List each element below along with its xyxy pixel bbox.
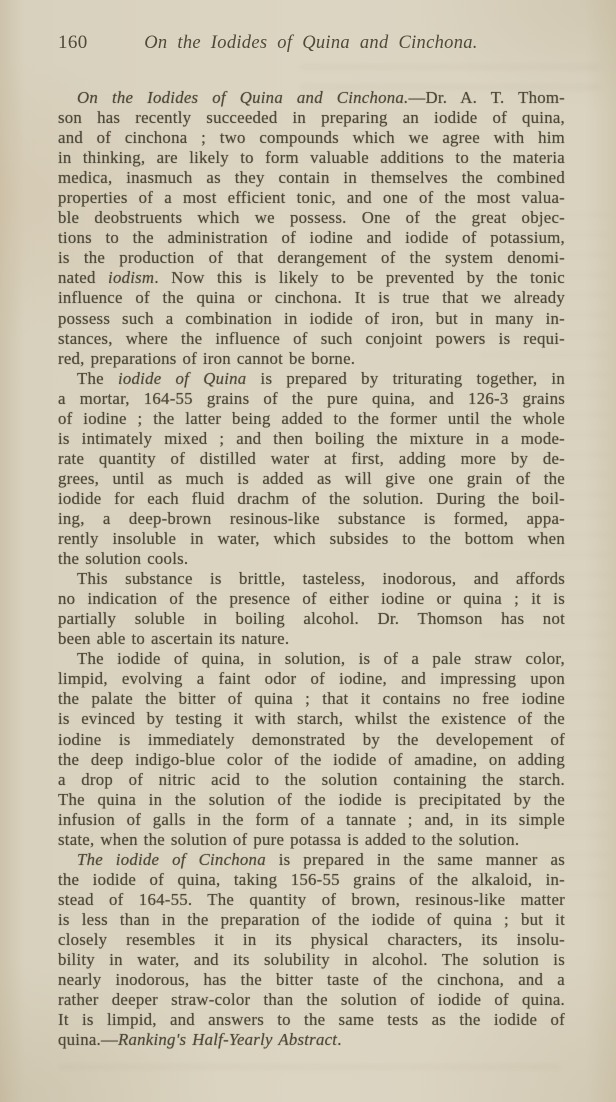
text-run: is prepared in the same manner as <box>266 850 565 869</box>
text-run: state, when the solution of pure potassa… <box>58 830 519 849</box>
italic-text-run: On the Iodides of Quina and Cinchona. <box>77 88 409 107</box>
text-run: of iodine ; the latter being added to th… <box>58 409 565 428</box>
printed-text-line: the deep indigo-blue color of the iodide… <box>58 750 565 770</box>
printed-text-line: is intimately mixed ; and then boiling t… <box>58 429 565 449</box>
text-run: rently insoluble in water, which subside… <box>58 529 565 548</box>
printed-text-line: limpid, evolving a faint odor of iodine,… <box>58 669 565 689</box>
page-header: 160 On the Iodides of Quina and Cinchona… <box>58 32 564 54</box>
printed-text-line: It is limpid, and answers to the same te… <box>58 1010 565 1030</box>
text-run: infusion of galls in the form of a tanna… <box>58 810 565 829</box>
text-run: nearly inodorous, has the bitter taste o… <box>58 970 565 989</box>
printed-text-line: The quina in the solution of the iodide … <box>58 790 565 810</box>
printed-text-line: bility in water, and its solubility in a… <box>58 950 565 970</box>
printed-text-line: the iodide of quina, taking 156-55 grain… <box>58 870 565 890</box>
printed-text-line: and of cinchona ; two compounds which we… <box>58 128 565 148</box>
text-run: partially soluble in boiling alcohol. Dr… <box>58 609 565 628</box>
printed-text-line: the palate the bitter of quina ; that it… <box>58 689 565 709</box>
printed-text-line: medica, inasmuch as they contain in them… <box>58 168 565 188</box>
printed-text-line: is the production of that derangement of… <box>58 248 565 268</box>
printed-text-line: rather deeper straw-color than the solut… <box>58 990 565 1010</box>
text-run: rather deeper straw-color than the solut… <box>58 990 565 1009</box>
printed-text-line: The iodide of quina, in solution, is of … <box>58 649 565 669</box>
printed-text-line: a mortar, 164-55 grains of the pure quin… <box>58 389 565 409</box>
printed-text-line: closely resembles it in its physical cha… <box>58 930 565 950</box>
printed-text-line: rently insoluble in water, which subside… <box>58 529 565 549</box>
text-run: no indication of the presence of either … <box>58 589 565 608</box>
text-run: in thinking, are likely to form valuable… <box>58 148 565 167</box>
italic-text-run: iodism <box>108 268 154 287</box>
text-run: grees, until as much is added as will gi… <box>58 469 565 488</box>
text-run: ing, a deep-brown resinous-like substanc… <box>58 509 565 528</box>
printed-text-line: properties of a most efficient tonic, an… <box>58 188 565 208</box>
text-run: tions to the administration of iodine an… <box>58 228 565 247</box>
text-run: limpid, evolving a faint odor of iodine,… <box>58 669 565 688</box>
printed-text-line: tions to the administration of iodine an… <box>58 228 565 248</box>
printed-text-line: nearly inodorous, has the bitter taste o… <box>58 970 565 990</box>
printed-text-line: son has recently succeeded in preparing … <box>58 108 565 128</box>
text-run: bility in water, and its solubility in a… <box>58 950 565 969</box>
text-run: the iodide of quina, taking 156-55 grain… <box>58 870 565 889</box>
printed-text-line: partially soluble in boiling alcohol. Dr… <box>58 609 565 629</box>
text-run: . <box>337 1030 341 1049</box>
text-run: red, preparations of iron cannot be born… <box>58 349 355 368</box>
printed-text-line: the solution cools. <box>58 549 565 569</box>
text-run: been able to ascertain its nature. <box>58 629 289 648</box>
printed-text-line: iodine is immediately demonstrated by th… <box>58 730 565 750</box>
text-run: the deep indigo-blue color of the iodide… <box>58 750 565 769</box>
printed-text-line: influence of the quina or cinchona. It i… <box>58 288 565 308</box>
printed-text-line: no indication of the presence of either … <box>58 589 565 609</box>
italic-text-run: iodide of Quina <box>118 369 246 388</box>
text-run: stead of 164-55. The quantity of brown, … <box>58 890 565 909</box>
text-run: medica, inasmuch as they contain in them… <box>58 168 565 187</box>
article-body: On the Iodides of Quina and Cinchona.—Dr… <box>58 88 565 1050</box>
printed-text-line: stead of 164-55. The quantity of brown, … <box>58 890 565 910</box>
printed-text-line: in thinking, are likely to form valuable… <box>58 148 565 168</box>
printed-text-line: of iodine ; the latter being added to th… <box>58 409 565 429</box>
printed-text-line: iodide for each fluid drachm of the solu… <box>58 489 565 509</box>
text-run: the solution cools. <box>58 549 188 568</box>
printed-text-line: a drop of nitric acid to the solution co… <box>58 770 565 790</box>
printed-text-line: infusion of galls in the form of a tanna… <box>58 810 565 830</box>
page-number: 160 <box>58 32 128 54</box>
text-run: possess such a combination in iodide of … <box>58 309 565 328</box>
printed-text-line: possess such a combination in iodide of … <box>58 309 565 329</box>
text-run: nated <box>58 268 108 287</box>
text-run: iodine is immediately demonstrated by th… <box>58 730 565 749</box>
text-run: properties of a most efficient tonic, an… <box>58 188 565 207</box>
printed-text-line: quina.—Ranking's Half-Yearly Abstract. <box>58 1030 565 1050</box>
printed-text-line: grees, until as much is added as will gi… <box>58 469 565 489</box>
printed-text-line: is evinced by testing it with starch, wh… <box>58 709 565 729</box>
italic-text-run: Ranking's Half-Yearly Abstract <box>118 1030 337 1049</box>
printed-text-line: ble deobstruents which we possess. One o… <box>58 208 565 228</box>
text-run: and of cinchona ; two compounds which we… <box>58 128 565 147</box>
text-run: is the production of that derangement of… <box>58 248 565 267</box>
printed-text-line: The iodide of Cinchona is prepared in th… <box>58 850 565 870</box>
text-run: —Dr. A. T. Thom- <box>409 88 566 107</box>
text-run: is evinced by testing it with starch, wh… <box>58 709 565 728</box>
text-run: iodide for each fluid drachm of the solu… <box>58 489 565 508</box>
italic-text-run: The iodide of Cinchona <box>77 850 266 869</box>
printed-text-line: is less than in the preparation of the i… <box>58 910 565 930</box>
text-run: the palate the bitter of quina ; that it… <box>58 689 565 708</box>
text-run: . Now this is likely to be prevented by … <box>154 268 565 287</box>
running-title: On the Iodides of Quina and Cinchona. <box>128 33 494 54</box>
printed-text-line: state, when the solution of pure potassa… <box>58 830 565 850</box>
text-run: The quina in the solution of the iodide … <box>58 790 565 809</box>
bleedthrough-smudge <box>60 1052 560 1082</box>
text-run: rate quantity of distilled water at firs… <box>58 449 565 468</box>
text-run: The <box>77 369 118 388</box>
text-run: ble deobstruents which we possess. One o… <box>58 208 565 227</box>
printed-text-line: nated iodism. Now this is likely to be p… <box>58 268 565 288</box>
text-run: It is limpid, and answers to the same te… <box>58 1010 565 1029</box>
text-run: is prepared by triturating together, in <box>246 369 565 388</box>
text-run: is intimately mixed ; and then boiling t… <box>58 429 565 448</box>
printed-text-line: This substance is brittle, tasteless, in… <box>58 569 565 589</box>
text-run: is less than in the preparation of the i… <box>58 910 565 929</box>
text-run: closely resembles it in its physical cha… <box>58 930 565 949</box>
printed-text-line: been able to ascertain its nature. <box>58 629 565 649</box>
text-run: stances, where the influence of such con… <box>58 329 565 348</box>
printed-text-line: rate quantity of distilled water at firs… <box>58 449 565 469</box>
text-run: a drop of nitric acid to the solution co… <box>58 770 565 789</box>
printed-text-line: The iodide of Quina is prepared by tritu… <box>58 369 565 389</box>
text-run: a mortar, 164-55 grains of the pure quin… <box>58 389 565 408</box>
printed-text-line: red, preparations of iron cannot be born… <box>58 349 565 369</box>
printed-text-line: ing, a deep-brown resinous-like substanc… <box>58 509 565 529</box>
printed-text-line: stances, where the influence of such con… <box>58 329 565 349</box>
text-run: influence of the quina or cinchona. It i… <box>58 288 565 307</box>
text-run: The iodide of quina, in solution, is of … <box>77 649 565 668</box>
text-run: quina.— <box>58 1030 118 1049</box>
text-run: This substance is brittle, tasteless, in… <box>77 569 565 588</box>
text-run: son has recently succeeded in preparing … <box>58 108 565 127</box>
scanned-book-page: 160 On the Iodides of Quina and Cinchona… <box>0 0 616 1102</box>
printed-text-line: On the Iodides of Quina and Cinchona.—Dr… <box>58 88 565 108</box>
